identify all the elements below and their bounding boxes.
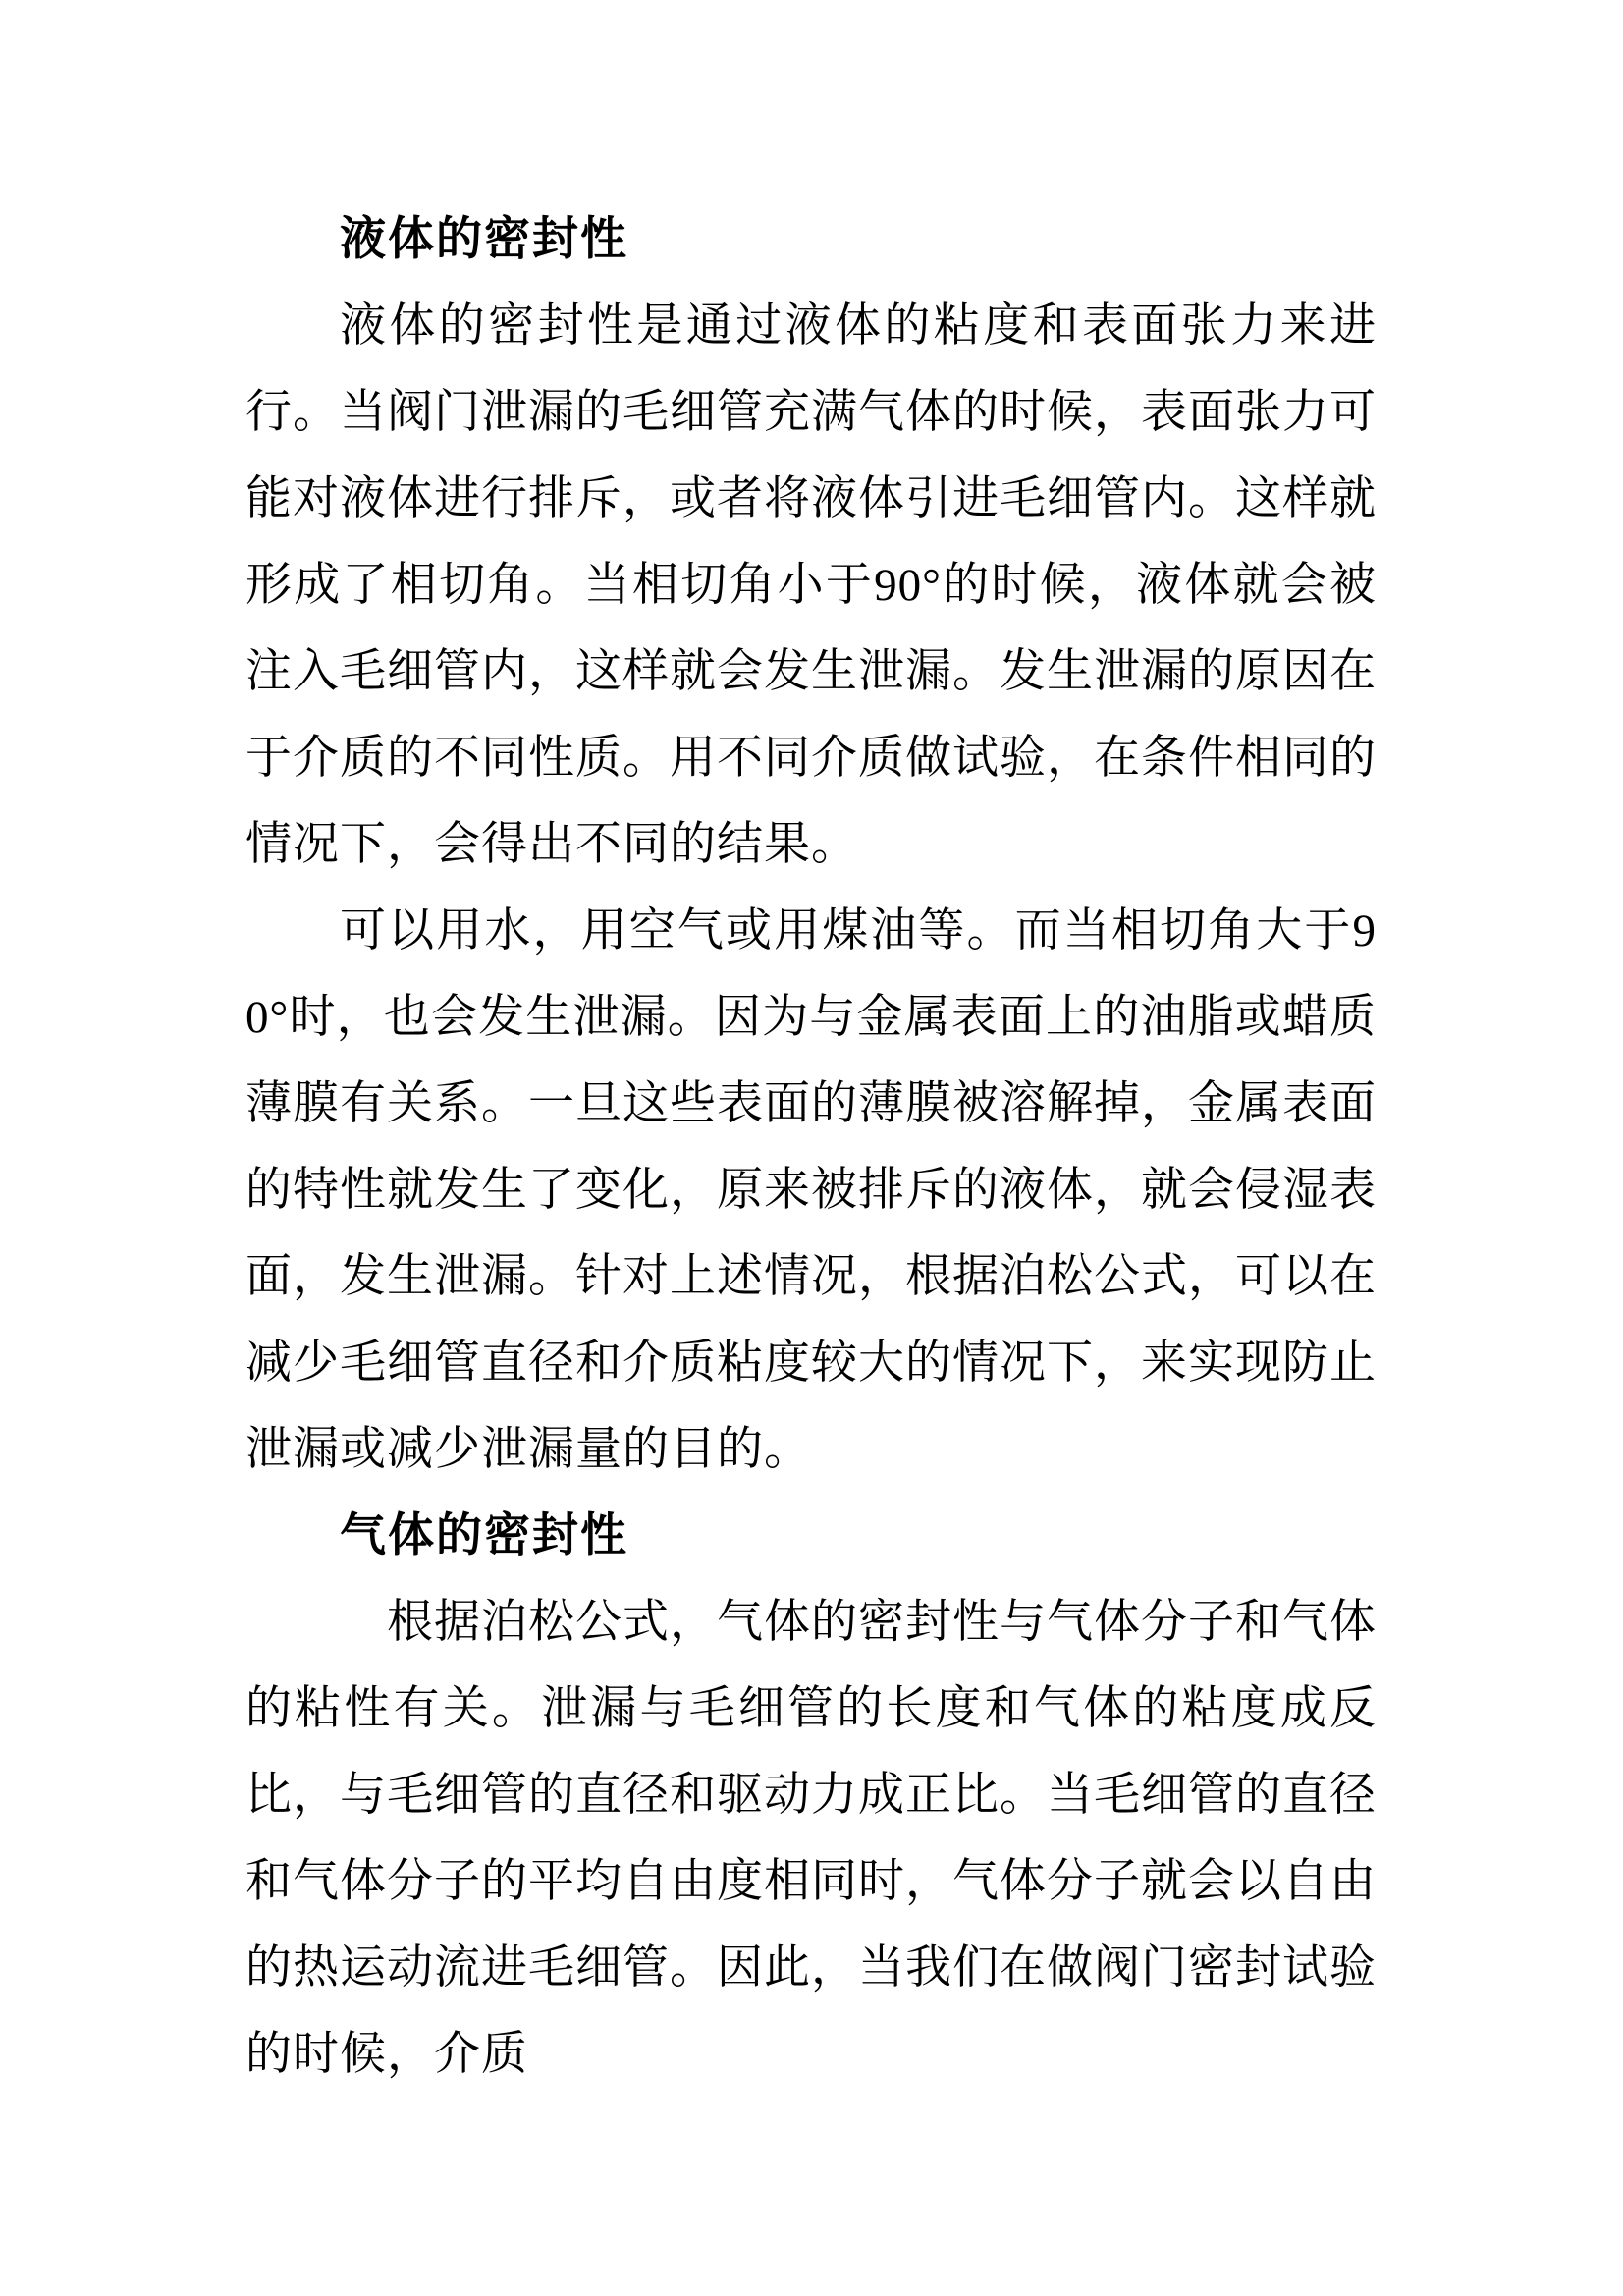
- paragraph-liquid-sealing-2: 可以用水，用空气或用煤油等。而当相切角大于90°时，也会发生泄漏。因为与金属表面…: [245, 888, 1377, 1493]
- document-page: 液体的密封性 液体的密封性是通过液体的粘度和表面张力来进行。当阀门泄漏的毛细管充…: [0, 0, 1623, 2296]
- document-content: 液体的密封性 液体的密封性是通过液体的粘度和表面张力来进行。当阀门泄漏的毛细管充…: [245, 196, 1377, 2098]
- section-heading-gas-sealing: 气体的密封性: [245, 1493, 1377, 1579]
- paragraph-gas-sealing-1: 根据泊松公式，气体的密封性与气体分子和气体的粘性有关。泄漏与毛细管的长度和气体的…: [245, 1579, 1377, 2098]
- section-heading-liquid-sealing: 液体的密封性: [245, 196, 1377, 283]
- paragraph-liquid-sealing-1: 液体的密封性是通过液体的粘度和表面张力来进行。当阀门泄漏的毛细管充满气体的时候，…: [245, 283, 1377, 888]
